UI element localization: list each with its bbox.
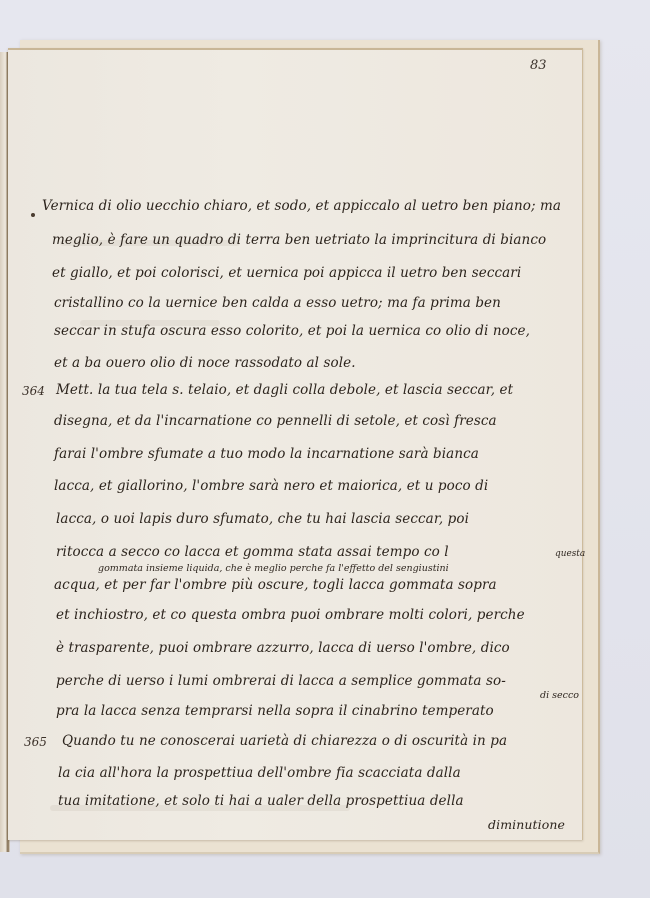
text-line: cristallino co la uernice ben calda a es… xyxy=(54,295,501,311)
text-line: et giallo, et poi colorisci, et uernica … xyxy=(52,265,521,281)
text-line: et a ba ouero olio di noce rassodato al … xyxy=(54,355,356,371)
paragraph-number: 364 xyxy=(22,384,45,398)
text-line: tua imitatione, et solo ti hai a ualer d… xyxy=(58,793,464,809)
interlinear-note: questa xyxy=(555,548,585,559)
text-line: et inchiostro, et co questa ombra puoi o… xyxy=(56,607,525,623)
text-line: farai l'ombre sfumate a tuo modo la inca… xyxy=(54,446,479,462)
text-line: la cia all'hora la prospettiua dell'ombr… xyxy=(58,765,461,781)
text-line: perche di uerso i lumi ombrerai di lacca… xyxy=(56,673,506,689)
manuscript-page xyxy=(8,48,583,840)
text-line: è trasparente, puoi ombrare azzurro, lac… xyxy=(56,640,510,656)
text-line: lacca, o uoi lapis duro sfumato, che tu … xyxy=(56,511,469,527)
text-line: Quando tu ne conoscerai uarietà di chiar… xyxy=(62,733,507,749)
text-line: ritocca a secco co lacca et gomma stata … xyxy=(56,544,449,560)
folio-number: 83 xyxy=(530,58,547,73)
text-line: meglio, è fare un quadro di terra ben ue… xyxy=(52,232,546,248)
text-line: lacca, et giallorino, l'ombre sarà nero … xyxy=(54,478,488,494)
paragraph-number: 365 xyxy=(24,735,47,749)
text-line: pra la lacca senza temprarsi nella sopra… xyxy=(56,703,494,719)
catchword: diminutione xyxy=(488,817,565,832)
interlinear-note: di secco xyxy=(540,690,579,701)
interlinear-note: gommata insieme liquida, che è meglio pe… xyxy=(98,563,449,574)
text-line: Vernica di olio uecchio chiaro, et sodo,… xyxy=(42,198,561,214)
text-line: acqua, et per far l'ombre più oscure, to… xyxy=(54,577,497,593)
paragraph-bullet xyxy=(31,213,35,217)
text-line: Mett. la tua tela s. telaio, et dagli co… xyxy=(56,382,513,398)
text-line: seccar in stufa oscura esso colorito, et… xyxy=(54,323,530,339)
text-line: disegna, et da l'incarnatione co pennell… xyxy=(54,413,497,429)
